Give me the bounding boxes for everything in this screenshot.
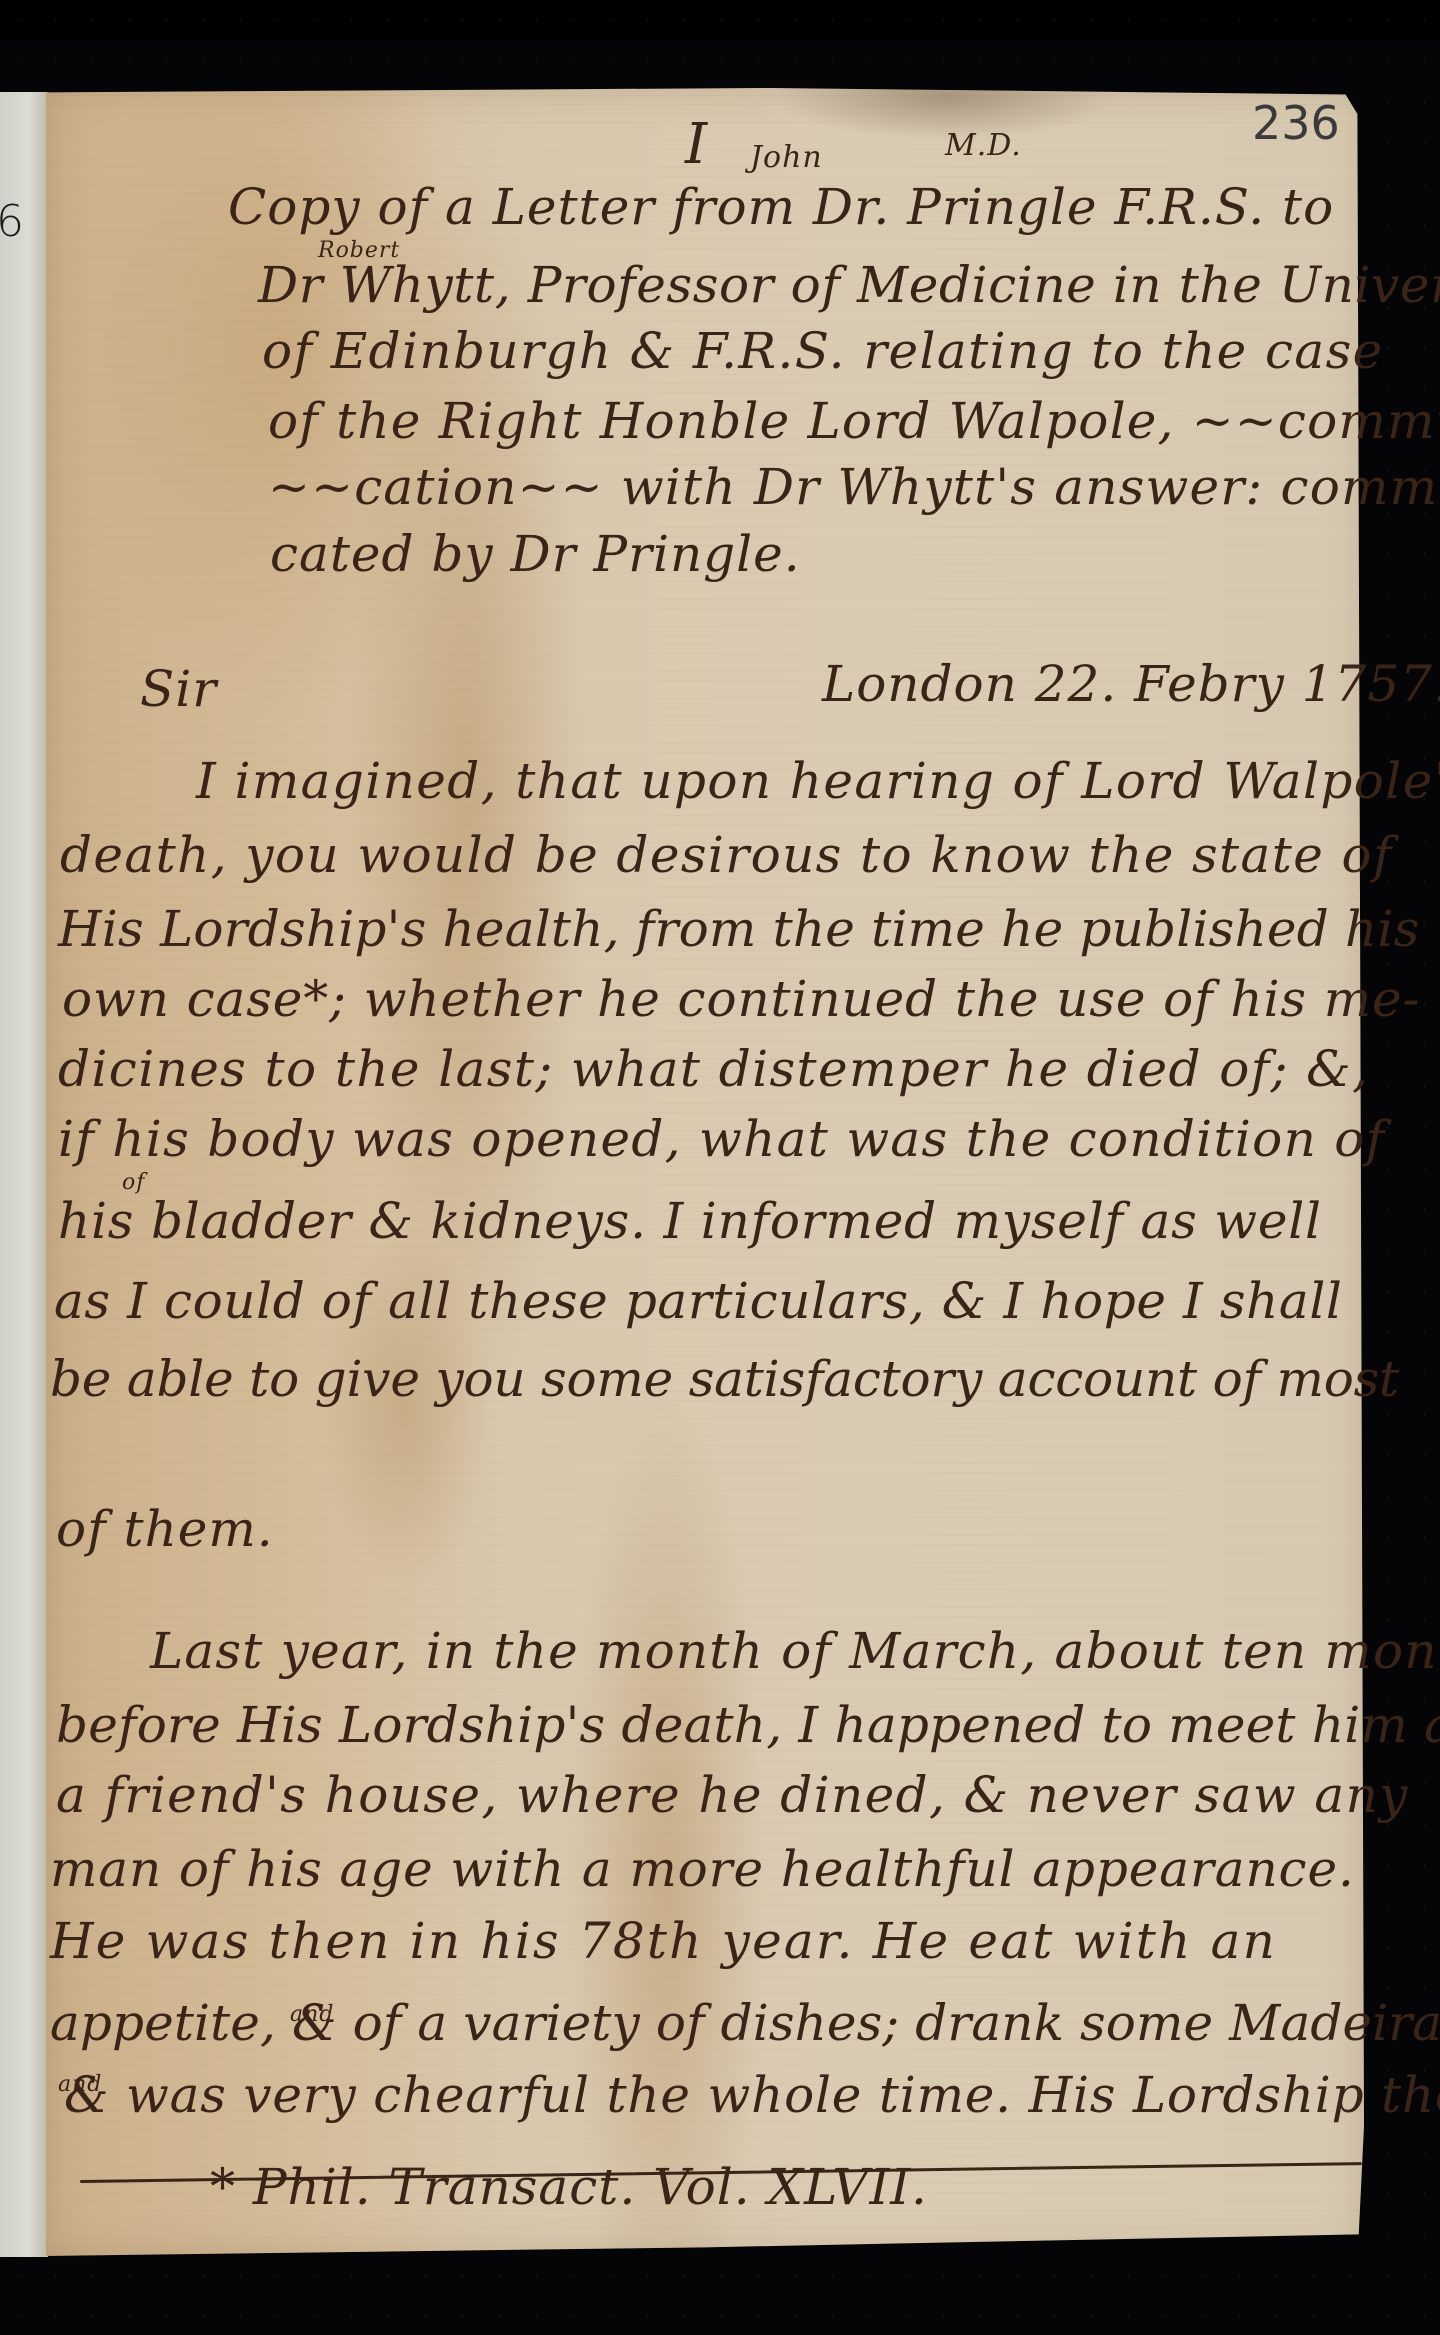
title-line-5: ~~cation~~ with Dr Whytt's answer: commu… bbox=[268, 458, 1440, 516]
title-line-4: of the Right Honble Lord Walpole, ~~comm… bbox=[268, 392, 1440, 450]
title-line-2: Dr Whytt, Professor of Medicine in the U… bbox=[258, 256, 1440, 314]
body-line-2: death, you would be desirous to know the… bbox=[60, 826, 1393, 884]
heading-mark: I bbox=[685, 112, 708, 177]
body-line-1: I imagined, that upon hearing of Lord Wa… bbox=[196, 752, 1440, 810]
body-line-15: He was then in his 78th year. He eat wit… bbox=[50, 1912, 1277, 1970]
body-line-17: & was very chearful the whole time. His … bbox=[64, 2066, 1440, 2124]
body-line-14: man of his age with a more healthful app… bbox=[50, 1840, 1355, 1898]
adjacent-page-number: 6 bbox=[0, 196, 24, 247]
footnote: * Phil. Transact. Vol. XLVII. bbox=[210, 2158, 928, 2216]
body-line-3: His Lordship's health, from the time he … bbox=[58, 900, 1419, 958]
body-line-5: dicines to the last; what distemper he d… bbox=[58, 1040, 1369, 1098]
title-line-6: cated by Dr Pringle. bbox=[270, 525, 801, 583]
dateline: London 22. Febry 1757. bbox=[822, 655, 1440, 713]
body-line-10: of them. bbox=[56, 1500, 274, 1558]
body-line-9: be able to give you some satisfactory ac… bbox=[50, 1350, 1399, 1408]
body-line-7: his bladder & kidneys. I informed myself… bbox=[58, 1192, 1322, 1250]
interlinear-john: John bbox=[750, 140, 823, 175]
adjacent-page-edge: 6 bbox=[0, 92, 48, 2257]
body-line-6: if his body was opened, what was the con… bbox=[58, 1110, 1385, 1168]
title-line-3: of Edinburgh & F.R.S. relating to the ca… bbox=[262, 322, 1384, 380]
body-line-11: Last year, in the month of March, about … bbox=[150, 1622, 1440, 1680]
body-line-8: as I could of all these particulars, & I… bbox=[54, 1272, 1343, 1330]
body-line-13: a friend's house, where he dined, & neve… bbox=[56, 1766, 1409, 1824]
title-line-1: Copy of a Letter from Dr. Pringle F.R.S.… bbox=[228, 178, 1334, 236]
body-line-12: before His Lordship's death, I happened … bbox=[56, 1696, 1440, 1754]
body-line-4: own case*; whether he continued the use … bbox=[62, 970, 1420, 1028]
folio-number: 236 bbox=[1252, 96, 1340, 150]
salutation: Sir bbox=[140, 660, 217, 718]
body-line-16: appetite, & of a variety of dishes; dran… bbox=[50, 1994, 1440, 2052]
interlinear-md: M.D. bbox=[945, 128, 1022, 163]
